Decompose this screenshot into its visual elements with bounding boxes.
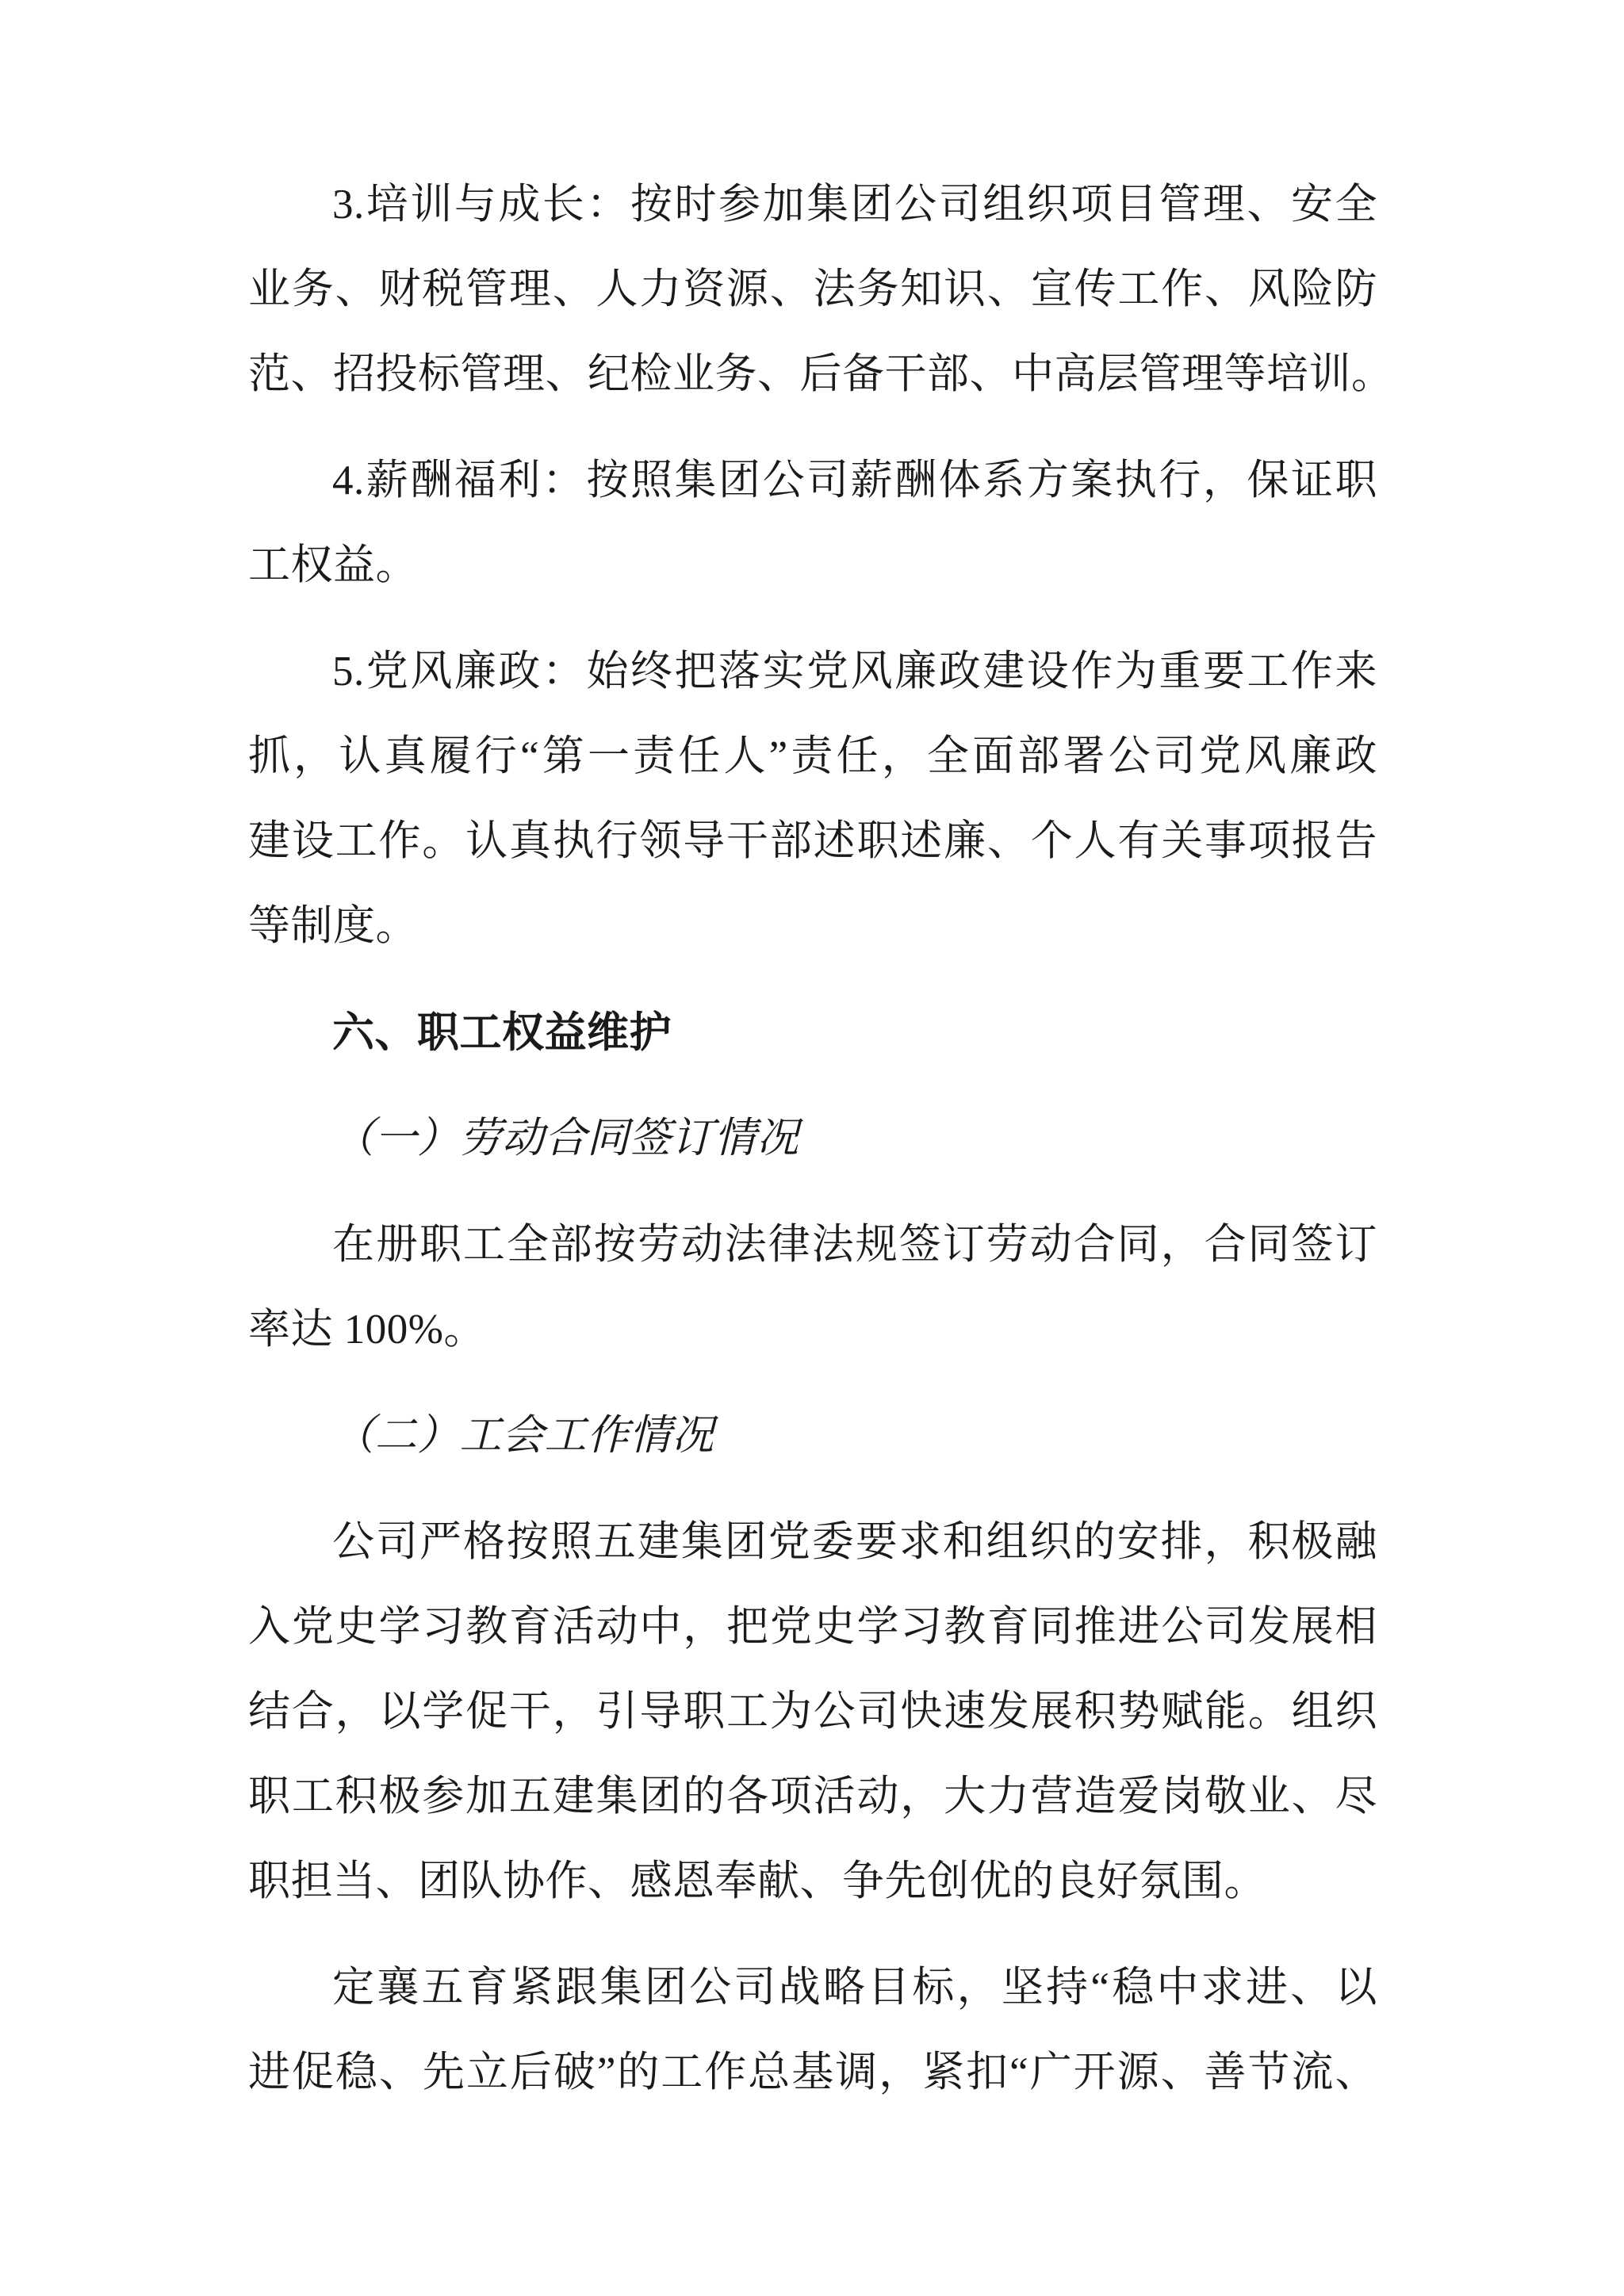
paragraph: 公司严格按照五建集团党委要求和组织的安排，积极融入党史学习教育活动中，把党史学习… bbox=[248, 1500, 1377, 1924]
paragraph: 在册职工全部按劳动法律法规签订劳动合同，合同签订率达 100%。 bbox=[248, 1203, 1377, 1372]
section-heading: 六、职工权益维护 bbox=[248, 990, 1377, 1075]
text-line: 职工积极参加五建集团的各项活动，大力营造爱岗敬业、尽 bbox=[248, 1755, 1377, 1839]
paragraph: 定襄五育紧跟集团公司战略目标，坚持“稳中求进、以进促稳、先立后破”的工作总基调，… bbox=[248, 1946, 1377, 2115]
text-line: 结合，以学促干，引导职工为公司快速发展积势赋能。组织 bbox=[248, 1670, 1377, 1755]
sub-heading: （二）工会工作情况 bbox=[248, 1394, 1377, 1479]
text-line: 工权益。 bbox=[248, 523, 1377, 608]
document-body: 3.培训与成长：按时参加集团公司组织项目管理、安全业务、财税管理、人力资源、法务… bbox=[248, 163, 1377, 2115]
paragraph: 4.薪酬福利：按照集团公司薪酬体系方案执行，保证职工权益。 bbox=[248, 438, 1377, 608]
text-line: 在册职工全部按劳动法律法规签订劳动合同，合同签订 bbox=[248, 1203, 1377, 1288]
paragraph: 5.党风廉政：始终把落实党风廉政建设作为重要工作来抓，认真履行“第一责任人”责任… bbox=[248, 629, 1377, 969]
text-line: 抓，认真履行“第一责任人”责任，全面部署公司党风廉政 bbox=[248, 714, 1377, 799]
text-line: 等制度。 bbox=[248, 884, 1377, 969]
sub-heading: （一）劳动合同签订情况 bbox=[248, 1096, 1377, 1181]
text-line: 范、招投标管理、纪检业务、后备干部、中高层管理等培训。 bbox=[248, 332, 1377, 417]
document-page: 3.培训与成长：按时参加集团公司组织项目管理、安全业务、财税管理、人力资源、法务… bbox=[0, 0, 1624, 2296]
text-line: 职担当、团队协作、感恩奉献、争先创优的良好氛围。 bbox=[248, 1839, 1377, 1924]
text-line: 公司严格按照五建集团党委要求和组织的安排，积极融 bbox=[248, 1500, 1377, 1585]
text-line: 建设工作。认真执行领导干部述职述廉、个人有关事项报告 bbox=[248, 799, 1377, 884]
text-line: 4.薪酬福利：按照集团公司薪酬体系方案执行，保证职 bbox=[248, 438, 1377, 523]
text-line: 入党史学习教育活动中，把党史学习教育同推进公司发展相 bbox=[248, 1585, 1377, 1670]
text-line: （一）劳动合同签订情况 bbox=[248, 1096, 1377, 1181]
text-line: 3.培训与成长：按时参加集团公司组织项目管理、安全 bbox=[248, 163, 1377, 247]
text-line: 5.党风廉政：始终把落实党风廉政建设作为重要工作来 bbox=[248, 629, 1377, 714]
text-line: 六、职工权益维护 bbox=[248, 990, 1377, 1075]
text-line: 进促稳、先立后破”的工作总基调，紧扣“广开源、善节流、 bbox=[248, 2030, 1377, 2115]
text-line: 率达 100%。 bbox=[248, 1288, 1377, 1372]
text-line: （二）工会工作情况 bbox=[248, 1394, 1377, 1479]
paragraph: 3.培训与成长：按时参加集团公司组织项目管理、安全业务、财税管理、人力资源、法务… bbox=[248, 163, 1377, 417]
text-line: 业务、财税管理、人力资源、法务知识、宣传工作、风险防 bbox=[248, 247, 1377, 332]
text-line: 定襄五育紧跟集团公司战略目标，坚持“稳中求进、以 bbox=[248, 1946, 1377, 2030]
